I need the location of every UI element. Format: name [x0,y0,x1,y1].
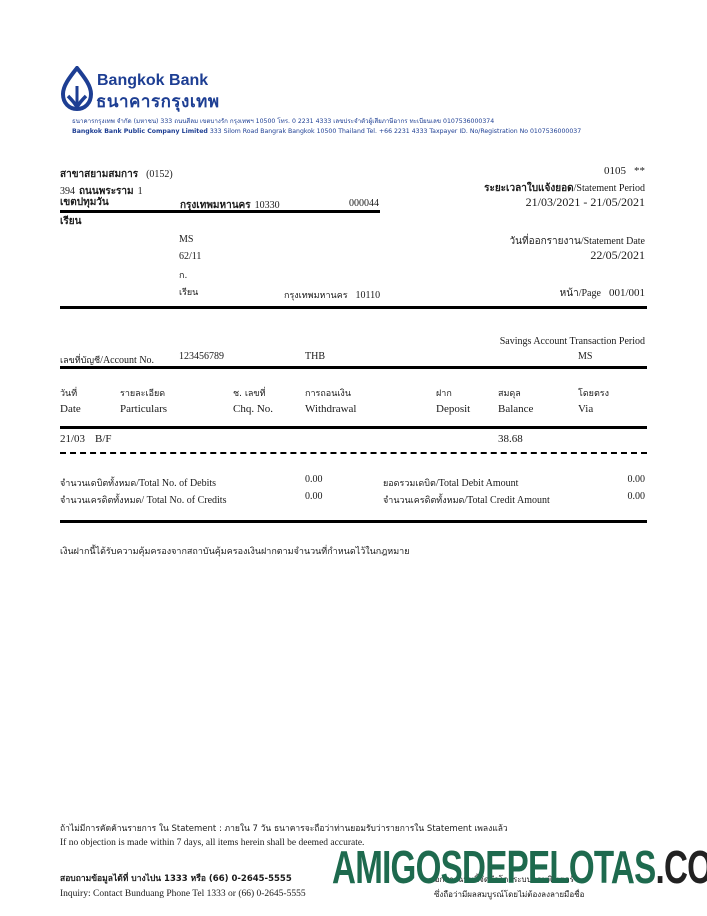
statement-date-label: วันที่ออกรายงาน/Statement Date [510,231,645,249]
statement-page: หน้า/Page 001/001 [560,283,645,301]
account-number: 123456789 [179,351,224,362]
objection-notice-en: If no objection is made within 7 days, a… [60,838,364,848]
account-holder: MS [578,351,592,362]
bank-address-th: ธนาคารกรุงเทพ จำกัด (มหาชน) 333 ถนนสีลม … [72,116,494,126]
total-debit-amount-value: 0.00 [628,474,646,485]
column-header-th: สมดุล [498,386,521,400]
customer-province: กรุงเทพมหานคร 10110 [284,285,380,303]
account-divider [60,366,647,369]
total-credit-amount-value: 0.00 [628,491,646,502]
column-header-th: โดยตรง [578,386,609,400]
watermark-suffix: .COM [655,841,707,893]
watermark-main: AMIGOSDEPELOTAS [332,841,655,893]
bank-name-th: ธนาคารกรุงเทพ [96,88,220,115]
column-header-en: Via [578,403,593,415]
bangkok-bank-logo-icon [60,66,94,112]
inquiry-th: สอบถามข้อมูลได้ที่ บางไปน 1333 หรือ (66)… [60,871,292,885]
inquiry-en: Inquiry: Contact Bunduang Phone Tel 1333… [60,889,306,899]
column-header-th: การถอนเงิน [305,386,351,400]
customer-address-line2: ก. [179,268,187,282]
branch-underline [60,210,380,213]
column-header-en: Date [60,403,81,415]
statement-code: 0105 ** [604,161,645,179]
statement-period-value: 21/03/2021 - 21/05/2021 [526,195,645,210]
column-header-en: Balance [498,403,533,415]
column-header-en: Deposit [436,403,470,415]
customer-name: MS [179,234,193,245]
table-header-divider [60,426,647,429]
deposit-protection-notice: เงินฝากนี้ได้รับความคุ้มครองจากสถาบันคุ้… [60,544,409,558]
branch-name: สาขาสยามสมการ (0152) [60,164,173,182]
column-header-th: ฝาก [436,386,452,400]
column-header-en: Particulars [120,403,167,415]
account-type: Savings Account Transaction Period [500,336,645,347]
total-credits-count-label: จำนวนเครดิตทั้งหมด/ Total No. of Credits [60,490,226,508]
cell-date: 21/03 [60,433,85,445]
watermark: AMIGOSDEPELOTAS.COM [332,840,707,894]
table-dashed-divider [60,452,647,454]
statement-date-value: 22/05/2021 [590,248,645,263]
bank-company-name: Bangkok Bank Public Company Limited [72,128,208,135]
cell-balance: 38.68 [498,433,523,445]
total-debits-count-label: จำนวนเดบิตทั้งหมด/Total No. of Debits [60,473,216,491]
column-header-th: รายละเอียด [120,386,165,400]
customer-address-line3: เรียน [179,285,198,299]
cell-particulars: B/F [95,433,112,445]
account-currency: THB [305,351,325,362]
customer-address-line1: 62/11 [179,251,201,262]
bank-address-en-rest: 333 Silom Road Bangrak Bangkok 10500 Tha… [210,128,581,135]
customer-greeting: เรียน [60,214,81,229]
objection-notice-th: ถ้าไม่มีการคัดค้านรายการ ใน Statement : … [60,821,508,835]
column-header-th: วันที่ [60,386,77,400]
header-divider [60,306,647,309]
total-credits-count-value: 0.00 [305,491,323,502]
totals-divider [60,520,647,523]
statement-period-label: ระยะเวลาใบแจ้งยอด/Statement Period [484,178,645,196]
bank-address-en: Bangkok Bank Public Company Limited 333 … [72,128,581,135]
total-debits-count-value: 0.00 [305,474,323,485]
total-credit-amount-label: จำนวนเครดิตทั้งหมด/Total Credit Amount [383,490,550,508]
branch-ref: 000044 [349,198,379,209]
column-header-en: Chq. No. [233,403,273,415]
column-header-th: ช. เลขที่ [233,386,266,400]
column-header-en: Withdrawal [305,403,356,415]
branch-district: เขตปทุมวัน [60,195,109,210]
total-debit-amount-label: ยอดรวมเดบิต/Total Debit Amount [383,473,518,491]
